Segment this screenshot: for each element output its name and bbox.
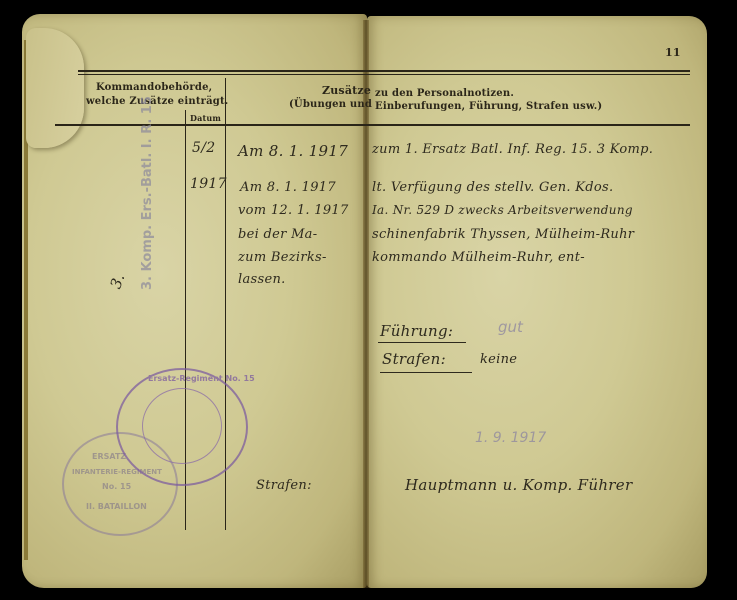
right-entry-line-3: Ia. Nr. 529 D zwecks Arbeitsverwendung <box>372 203 633 217</box>
commander-signature: Hauptmann u. Komp. Führer <box>405 476 632 494</box>
fuehrung-value: gut <box>498 318 523 336</box>
right-entry-line-5: kommando Mülheim-Ruhr, ent- <box>372 250 585 265</box>
left-entry-line-4: bei der Ma- <box>238 227 317 242</box>
stamp-eagle-circle <box>142 388 222 464</box>
strafen-label: Strafen: <box>382 350 446 368</box>
header-top-rule <box>78 70 690 72</box>
left-entry-line-6: lassen. <box>238 272 286 287</box>
header-col3-right-line1: zu den Personalnotizen. <box>375 88 514 99</box>
page-number: 11 <box>665 46 681 59</box>
open-soldbuch: 11 Kommandobehörde, welche Zusätze eintr… <box>0 0 737 600</box>
stamp-left-text-1: ERSATZ <box>92 452 126 461</box>
regiment-round-stamp: Ersatz-Regiment No. 15 <box>116 368 248 486</box>
strafen-label-left: Strafen: <box>256 478 312 493</box>
right-entry-line-1: zum 1. Ersatz Batl. Inf. Reg. 15. 3 Komp… <box>372 142 653 157</box>
strafen-value: keine <box>480 352 517 367</box>
fuehrung-label: Führung: <box>380 322 453 340</box>
pencil-date-note: 1. 9. 1917 <box>475 430 546 446</box>
stamp-right-text: Ersatz-Regiment No. 15 <box>148 374 255 383</box>
header-col1-line1: Kommandobehörde, <box>96 82 212 93</box>
right-entry-line-4: schinenfabrik Thyssen, Mülheim-Ruhr <box>372 227 634 242</box>
header-date: Datum <box>190 113 221 123</box>
left-entry-line-3: vom 12. 1. 1917 <box>238 203 349 218</box>
header-col3-right-line2: Einberufungen, Führung, Strafen usw.) <box>375 101 602 112</box>
entry-date-year: 1917 <box>190 176 227 192</box>
header-top-rule-thin <box>78 74 690 75</box>
left-entry-line-2: Am 8. 1. 1917 <box>240 180 336 195</box>
entry-date-day: 5/2 <box>192 140 215 156</box>
curled-page-corner <box>26 28 84 148</box>
stamp-left-text-3: No. 15 <box>102 482 131 491</box>
stamp-left-text-4: II. BATAILLON <box>86 502 147 511</box>
header-col1-line2: welche Zusätze einträgt. <box>86 96 229 107</box>
header-col3-left-line1: Zusätze <box>322 84 371 97</box>
vertical-unit-stamp: 3. Komp. Ers.-Batl. I. R. 15 <box>140 96 155 290</box>
strafen-underline <box>380 372 472 373</box>
left-entry-line-5: zum Bezirks- <box>238 250 327 265</box>
right-entry-line-2: lt. Verfügung des stellv. Gen. Kdos. <box>372 180 613 195</box>
left-entry-line-1: Am 8. 1. 1917 <box>238 142 348 160</box>
header-col3-left-line2: (Übungen und <box>289 99 372 110</box>
fuehrung-underline <box>378 342 466 343</box>
